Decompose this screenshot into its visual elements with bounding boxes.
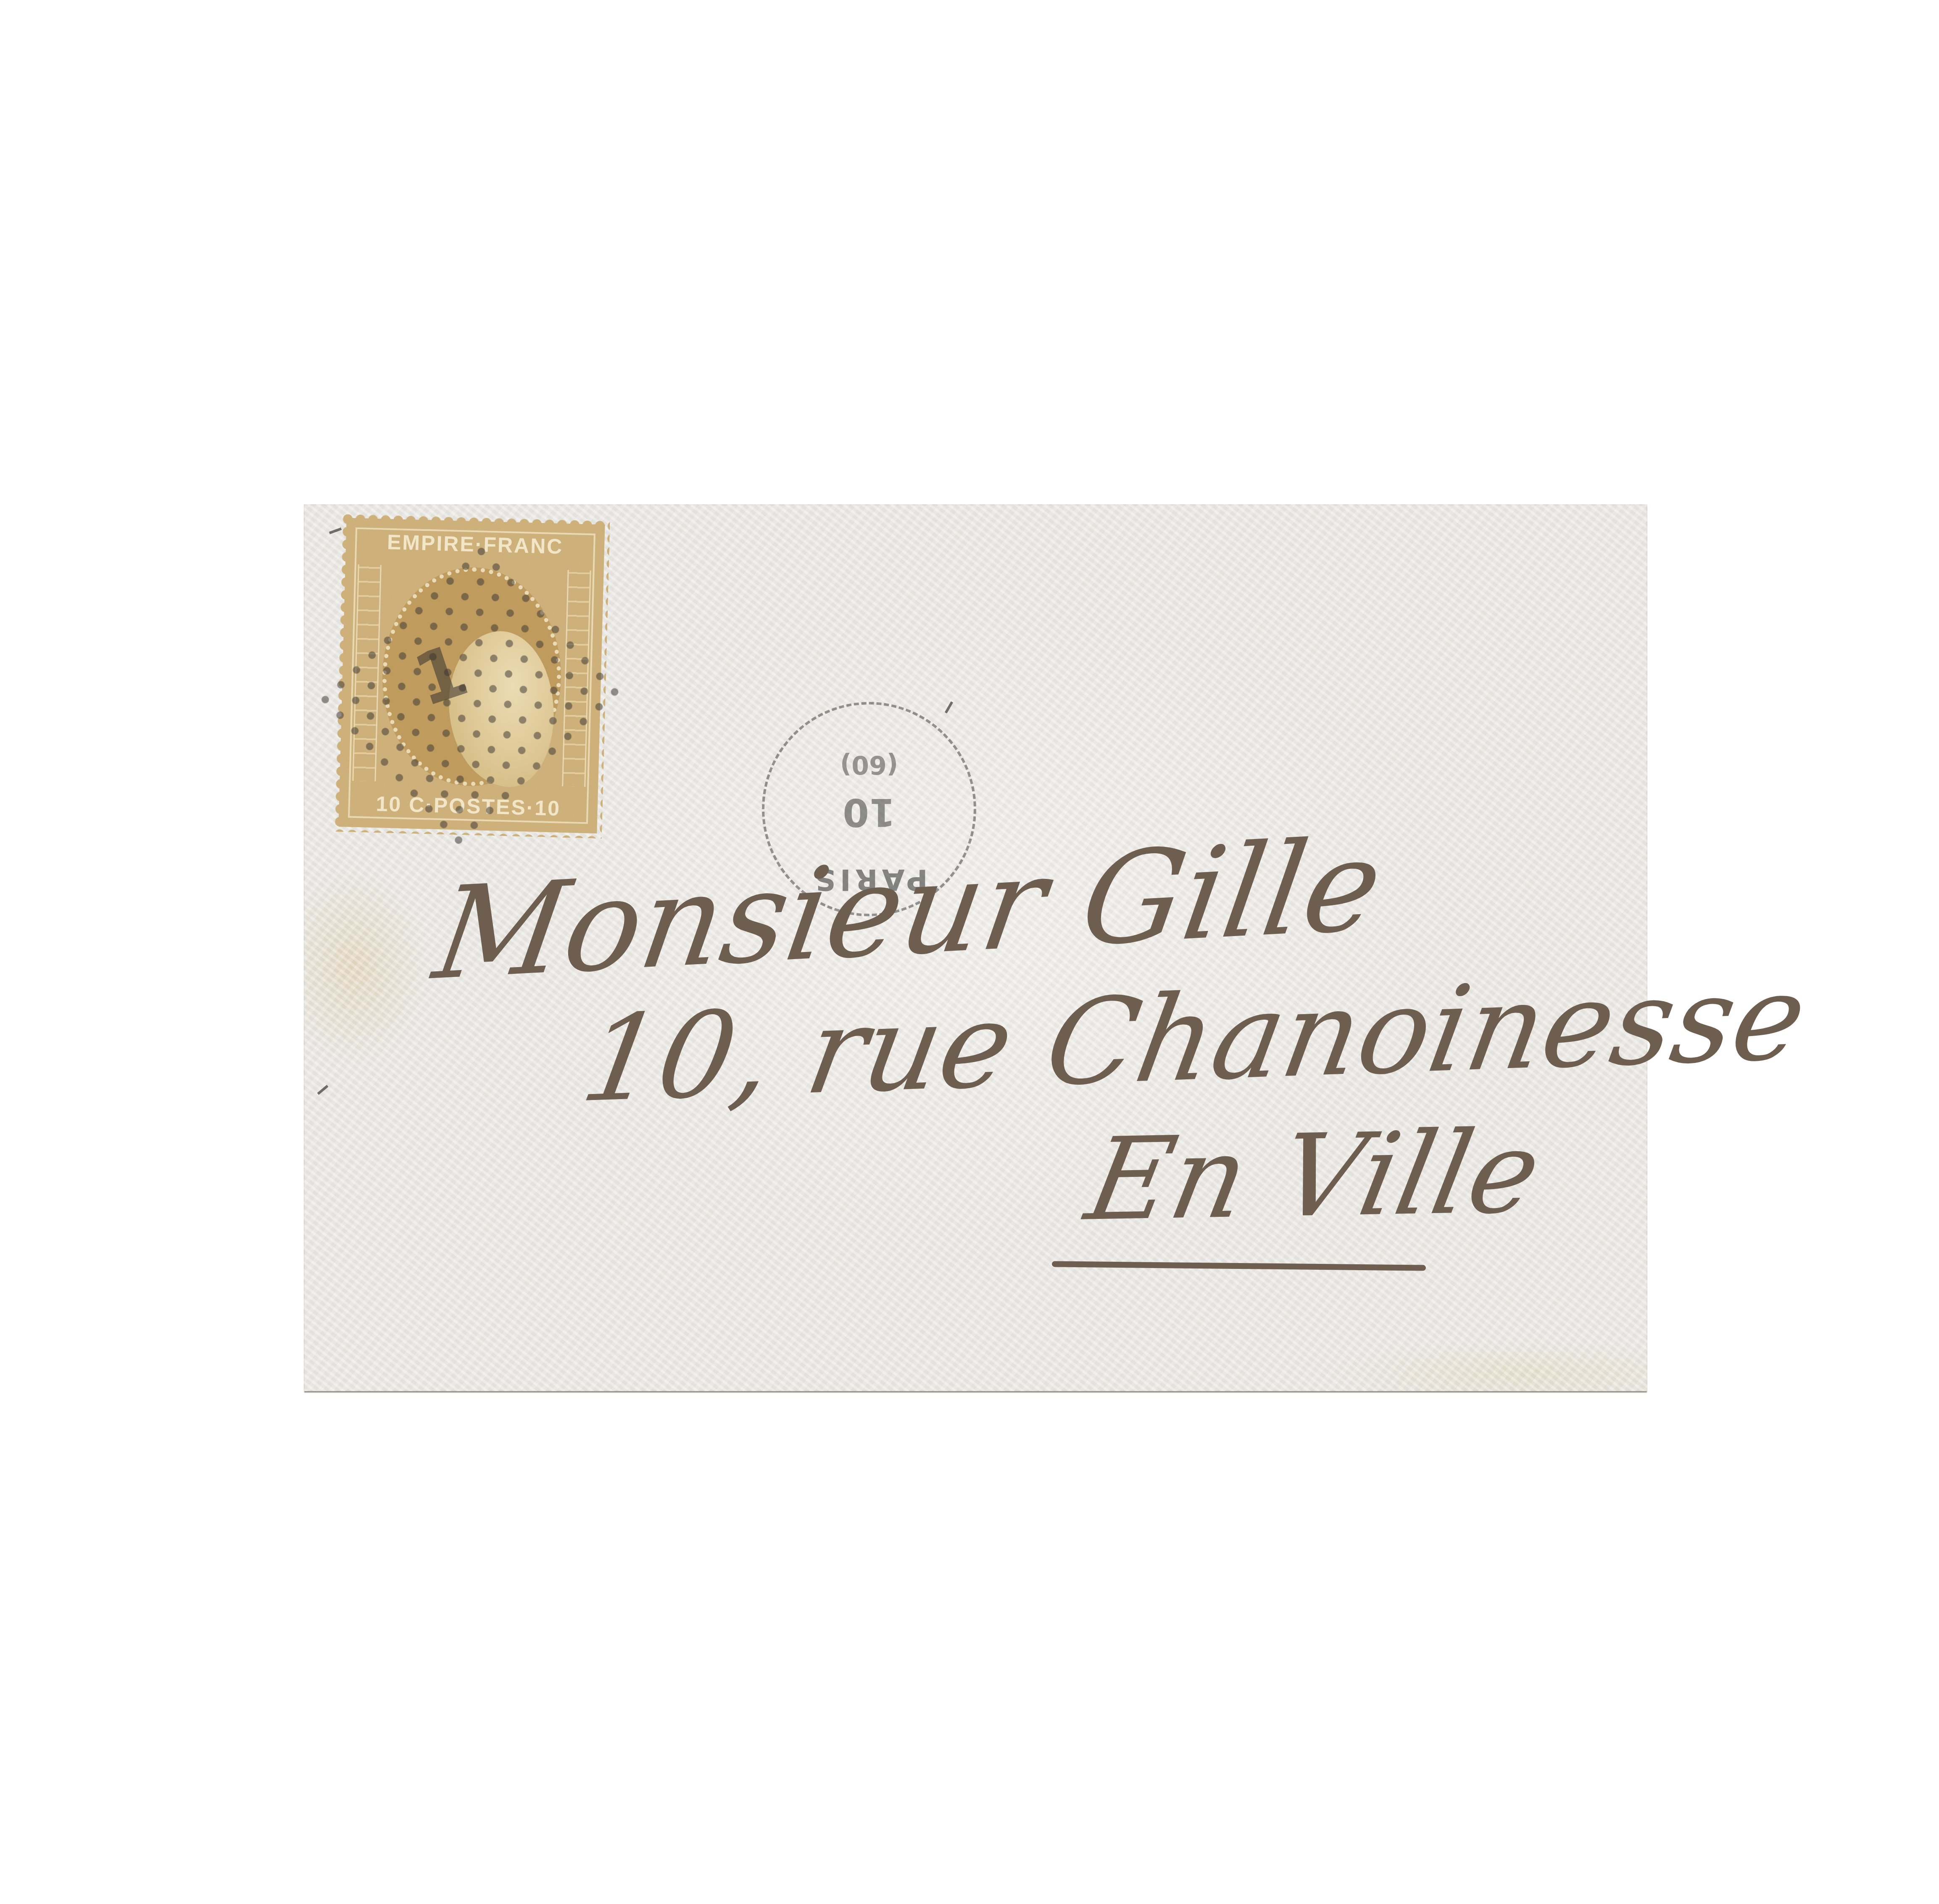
ink-mark <box>329 527 342 534</box>
postmark-office: (60) <box>764 750 974 779</box>
ink-mark <box>945 701 953 714</box>
envelope: EMPIRE·FRANC 10 C·POSTES·10 1 PARIS 10 (… <box>304 504 1647 1391</box>
address-city: En Ville <box>1077 1105 1551 1246</box>
ink-mark <box>317 1085 329 1095</box>
postage-stamp: EMPIRE·FRANC 10 C·POSTES·10 1 <box>338 518 605 833</box>
postmark-day: 10 <box>764 790 974 834</box>
address-underline <box>1052 1261 1426 1271</box>
